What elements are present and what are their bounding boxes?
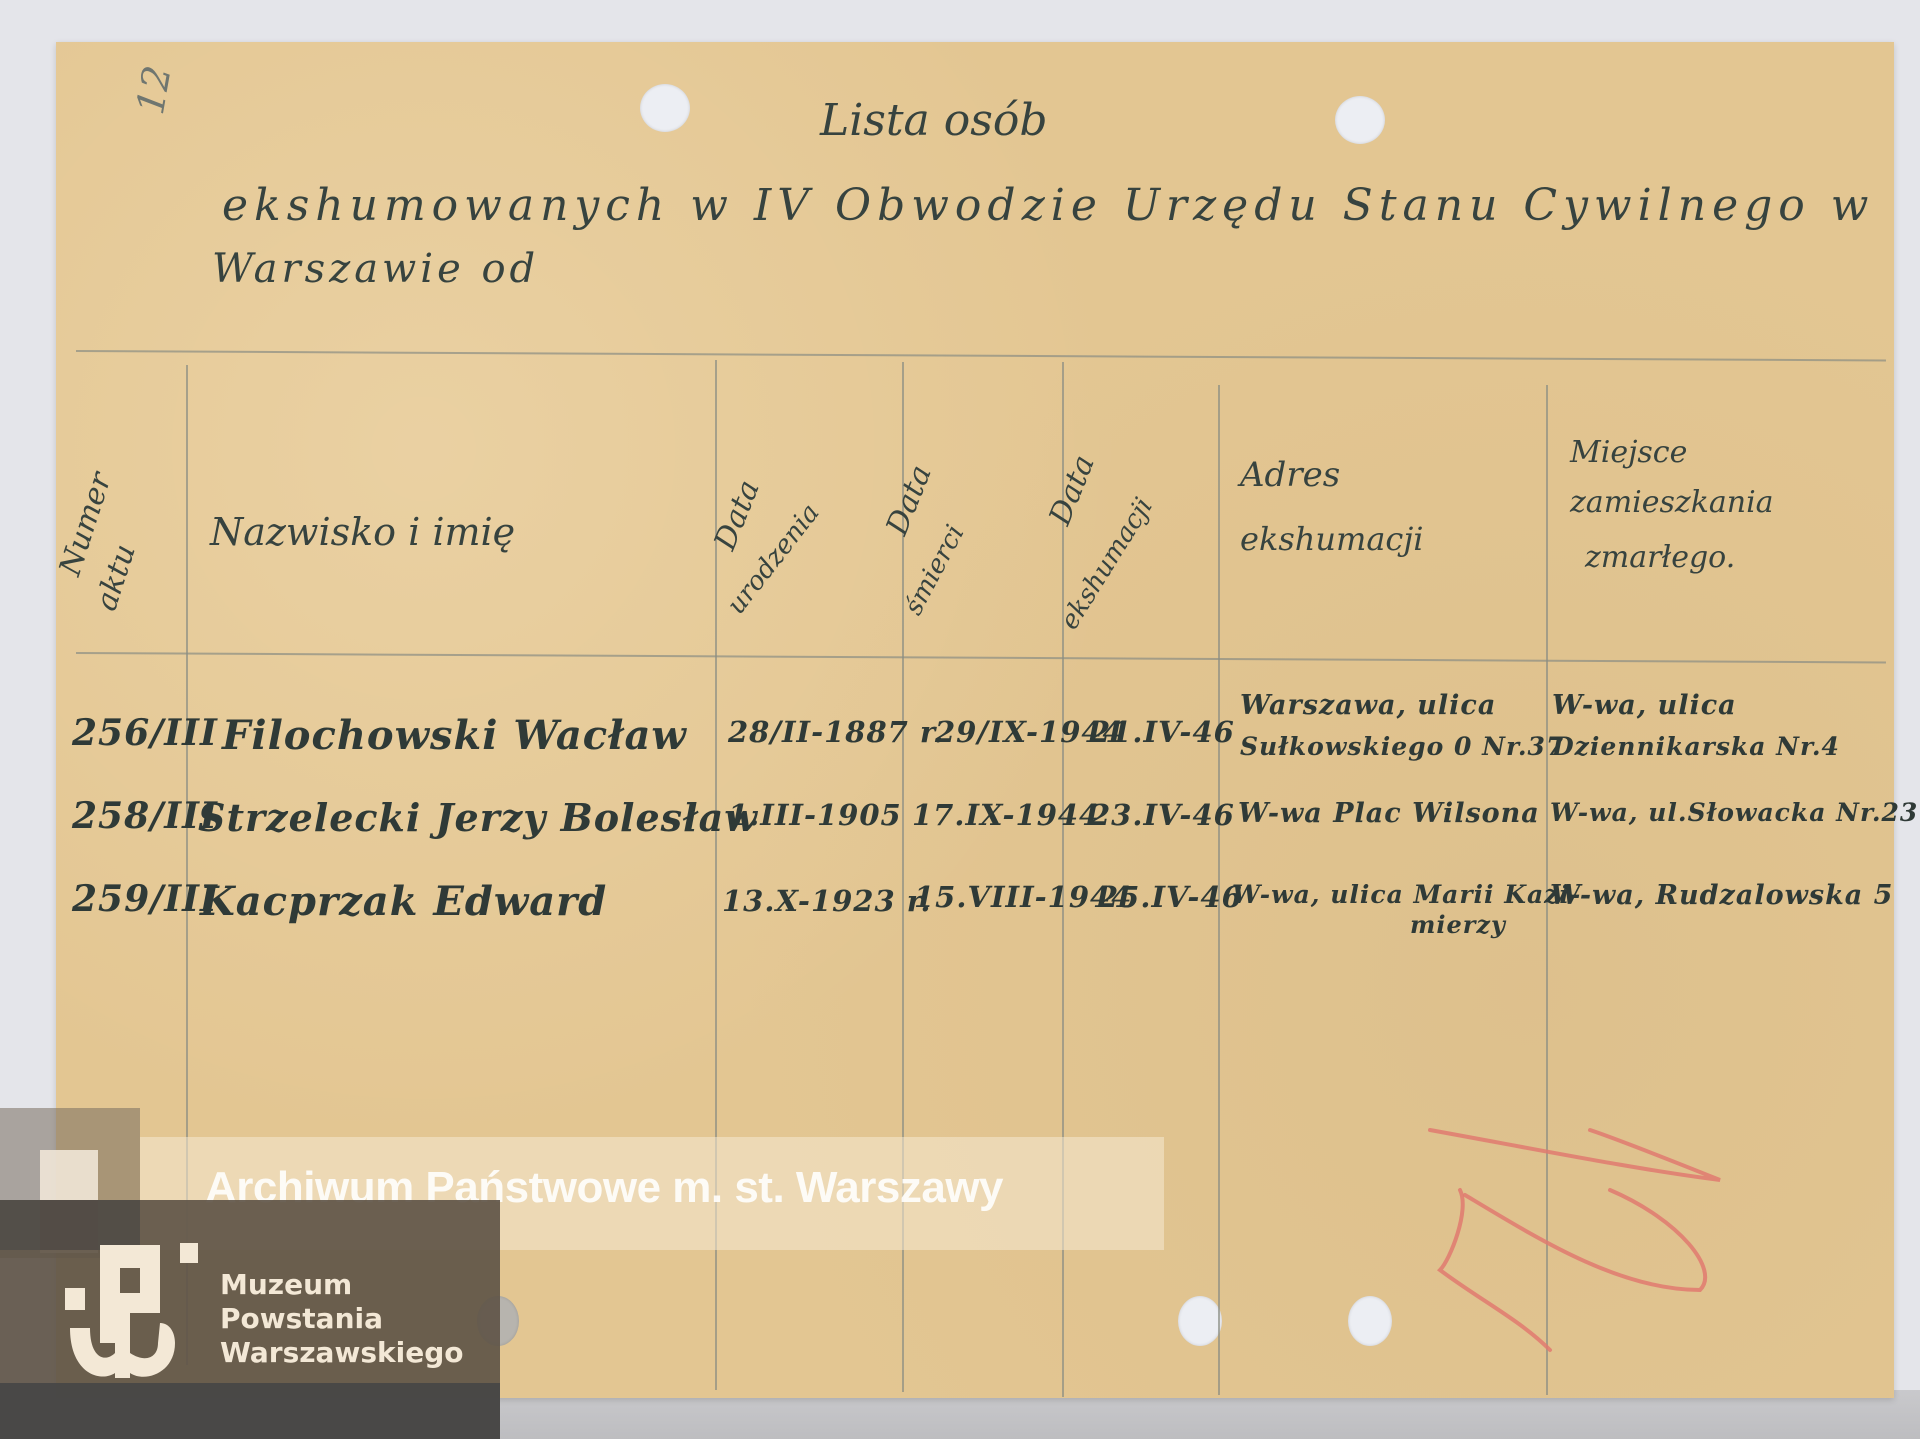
row-exhumation-address-2: mierzy	[1410, 910, 1506, 939]
row-death-date: 17.IX-1944	[912, 798, 1100, 832]
document-subtitle-line2: Warszawie od	[212, 246, 539, 292]
row-residence: W-wa, Rudzalowska 5	[1550, 880, 1893, 911]
row-name: Filochowski Wacław	[222, 712, 687, 759]
header-address-line2: ekshumacji	[1240, 520, 1423, 558]
row-residence: W-wa, ul.Słowacka Nr.23	[1550, 798, 1918, 827]
museum-name: Muzeum Powstania Warszawskiego	[220, 1268, 463, 1370]
row-residence: W-wa, ulica	[1552, 690, 1737, 721]
red-pencil-mark	[1420, 1120, 1740, 1360]
header-residence-line3: zmarłego.	[1585, 540, 1735, 575]
row-number: 259/III	[72, 878, 218, 920]
row-exhumation-date: 21.IV-46	[1090, 715, 1235, 749]
museum-watermark-shade	[0, 1383, 500, 1439]
row-exhumation-address: W-wa Plac Wilsona	[1238, 798, 1540, 829]
punch-hole	[1178, 1296, 1222, 1346]
row-number: 256/III	[72, 712, 218, 754]
header-name: Nazwisko i imię	[210, 510, 515, 554]
document-subtitle-line1: ekshumowanych w IV Obwodzie Urzędu Stanu…	[222, 180, 1874, 231]
museum-name-line1: Muzeum	[220, 1268, 463, 1302]
header-residence-line2: zamieszkania	[1570, 485, 1774, 520]
punch-hole	[640, 84, 690, 132]
document-title: Lista osób	[820, 95, 1048, 146]
header-address-line1: Adres	[1240, 455, 1340, 495]
row-birth-date: 13.X-1923 r.	[722, 884, 931, 918]
header-residence-line1: Miejsce	[1570, 435, 1687, 470]
row-name: Strzelecki Jerzy Bolesław	[198, 795, 758, 840]
row-birth-date: 28/II-1887 r.	[728, 715, 945, 749]
row-number: 258/III	[72, 795, 218, 837]
museum-name-line2: Powstania	[220, 1302, 463, 1336]
kotwica-anchor-logo-icon	[60, 1243, 200, 1383]
row-residence-2: Dziennikarska Nr.4	[1552, 732, 1840, 761]
row-name: Kacprzak Edward	[200, 878, 607, 925]
page-number: 12	[128, 62, 180, 117]
row-exhumation-address: W-wa, ulica Marii Kazi-	[1232, 880, 1581, 909]
museum-name-line3: Warszawskiego	[220, 1336, 463, 1370]
row-exhumation-date: 25.IV-46	[1098, 880, 1243, 914]
row-exhumation-address-2: Sułkowskiego 0 Nr.37	[1240, 732, 1564, 761]
row-birth-date: 1.III-1905	[728, 798, 902, 832]
row-exhumation-address: Warszawa, ulica	[1240, 690, 1496, 721]
row-exhumation-date: 23.IV-46	[1090, 798, 1235, 832]
punch-hole	[1348, 1296, 1392, 1346]
punch-hole	[1335, 96, 1385, 144]
